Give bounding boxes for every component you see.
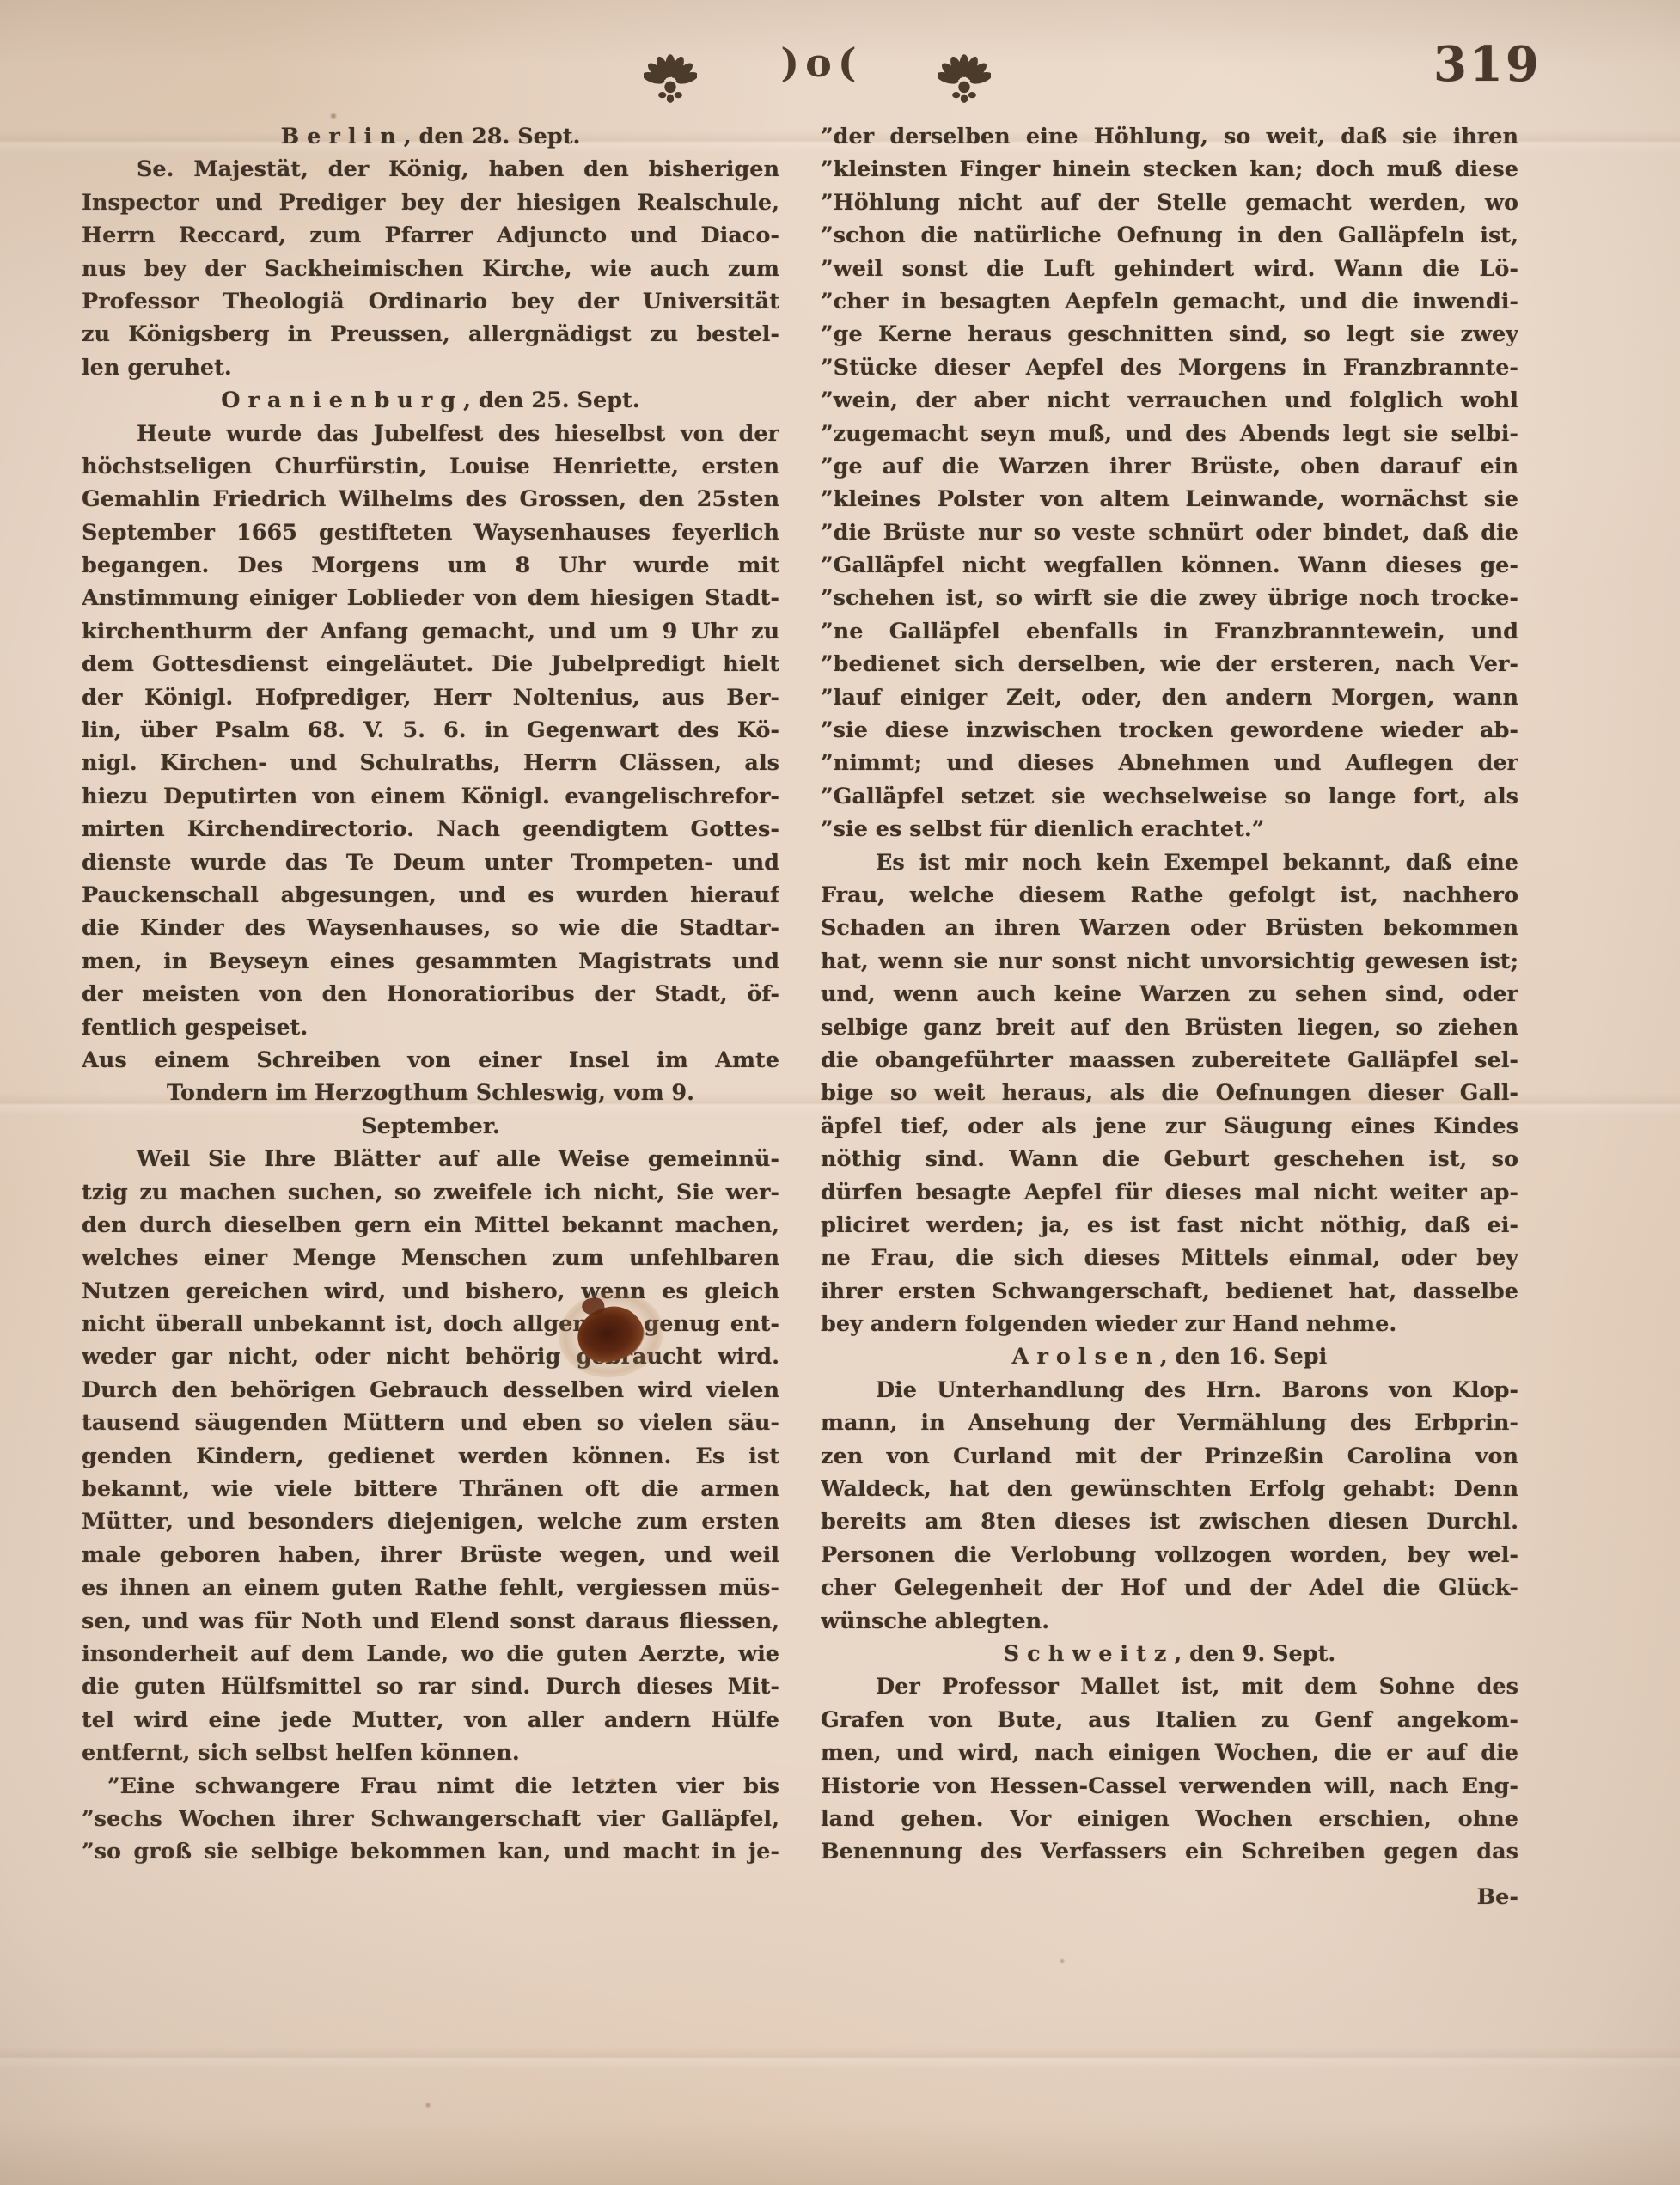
text-line: Heute wurde das Jubelfest des hieselbst … xyxy=(82,418,779,450)
paper-crease xyxy=(0,2047,1680,2069)
text-line: dem Gottesdienst eingeläutet. Die Jubelp… xyxy=(82,648,779,681)
text-line: tausend säugenden Müttern und eben so vi… xyxy=(82,1407,779,1439)
dateline-place: Oranienburg xyxy=(221,388,463,413)
text-line: bey andern folgenden wieder zur Hand neh… xyxy=(821,1308,1518,1340)
paper-speck xyxy=(425,2102,431,2109)
dateline-place: Berlin xyxy=(281,124,404,150)
text-line: Professor Theologiä Ordinario bey der Un… xyxy=(82,285,779,318)
text-line: ”die Brüste nur so veste schnürt oder bi… xyxy=(821,516,1518,549)
text-line: der Königl. Hofprediger, Herr Noltenius,… xyxy=(82,681,779,714)
text-line: dürfen besagte Aepfel für dieses mal nic… xyxy=(821,1176,1518,1209)
text-line: ”ge auf die Warzen ihrer Brüste, oben da… xyxy=(821,450,1518,483)
text-line: Schaden an ihren Warzen oder Brüsten bek… xyxy=(821,912,1518,944)
text-line: ”sie es selbst für dienlich erachtet.” xyxy=(821,813,1518,845)
text-line: ”lauf einiger Zeit, oder, den andern Mor… xyxy=(821,681,1518,714)
text-line: men, und wird, nach einigen Wochen, die … xyxy=(821,1736,1518,1769)
text-line: men, in Beyseyn eines gesammten Magistra… xyxy=(82,945,779,978)
newspaper-page: )o( 319 Berlin, den 28. Sept.Se. Majestä… xyxy=(0,0,1680,2185)
paper-speck xyxy=(1059,1958,1066,1964)
dateline-heading: Oranienburg, den 25. Sept. xyxy=(82,384,779,417)
subheading-line: Tondern im Herzogthum Schleswig, vom 9. xyxy=(82,1077,779,1109)
text-line: Durch den behörigen Gebrauch desselben w… xyxy=(82,1374,779,1407)
text-line: ”wein, der aber nicht verrauchen und fol… xyxy=(821,384,1518,417)
text-line: genden Kindern, gedienet werden können. … xyxy=(82,1440,779,1473)
text-line: Mütter, und besonders diejenigen, welche… xyxy=(82,1505,779,1538)
text-line: ”sechs Wochen ihrer Schwangerschaft vier… xyxy=(82,1803,779,1835)
text-line: ”nimmt; und dieses Abnehmen und Auflegen… xyxy=(821,747,1518,779)
text-line: male geboren haben, ihrer Brüste wegen, … xyxy=(82,1539,779,1572)
text-line: und, wenn auch keine Warzen zu sehen sin… xyxy=(821,978,1518,1010)
text-line: äpfel tief, oder als jene zur Säugung ei… xyxy=(821,1110,1518,1143)
text-line: Se. Majestät, der König, haben den bishe… xyxy=(82,153,779,186)
text-line: begangen. Des Morgens um 8 Uhr wurde mit xyxy=(82,549,779,582)
article-columns: Berlin, den 28. Sept.Se. Majestät, der K… xyxy=(82,120,1518,1913)
catchword: Be- xyxy=(821,1881,1518,1913)
text-line: weder gar nicht, oder nicht behörig gebr… xyxy=(82,1340,779,1373)
text-line: ”bedienet sich derselben, wie der erster… xyxy=(821,648,1518,681)
text-line: bige so weit heraus, als die Oefnungen d… xyxy=(821,1077,1518,1109)
left-column: Berlin, den 28. Sept.Se. Majestät, der K… xyxy=(82,120,779,1913)
text-line: len geruhet. xyxy=(82,351,779,384)
text-line: selbige ganz breit auf den Brüsten liege… xyxy=(821,1011,1518,1044)
text-line: Frau, welche diesem Rathe gefolgt ist, n… xyxy=(821,879,1518,912)
text-line: ”Galläpfel setzet sie wechselweise so la… xyxy=(821,780,1518,813)
text-line: ”ge Kerne heraus geschnitten sind, so le… xyxy=(821,318,1518,351)
text-line: lin, über Psalm 68. V. 5. 6. in Gegenwar… xyxy=(82,714,779,747)
paper-speck xyxy=(329,113,338,119)
text-line: entfernt, sich selbst helfen können. xyxy=(82,1736,779,1769)
text-line: der meisten von den Honoratioribus der S… xyxy=(82,978,779,1010)
text-line: ”sie diese inzwischen trocken gewordene … xyxy=(821,714,1518,747)
text-line: nicht überall unbekannt ist, doch allgem… xyxy=(82,1308,779,1340)
text-line: höchstseligen Churfürstin, Louise Henrie… xyxy=(82,450,779,483)
text-line: mirten Kirchendirectorio. Nach geendigte… xyxy=(82,813,779,845)
text-line: kirchenthurm der Anfang gemacht, und um … xyxy=(82,615,779,648)
dateline-place: Arolsen xyxy=(1012,1344,1160,1370)
text-line: wünsche ablegten. xyxy=(821,1605,1518,1638)
text-line: es ihnen an einem guten Rathe fehlt, ver… xyxy=(82,1572,779,1604)
dateline-heading: Arolsen, den 16. Sepi xyxy=(821,1340,1518,1373)
text-line: welches einer Menge Menschen zum unfehlb… xyxy=(82,1242,779,1274)
text-line: Personen die Verlobung vollzogen worden,… xyxy=(821,1539,1518,1572)
text-line: ”zugemacht seyn muß, und des Abends legt… xyxy=(821,418,1518,450)
dateline-place: Schweitz xyxy=(1004,1641,1175,1667)
text-line: sen, und was für Noth und Elend sonst da… xyxy=(82,1605,779,1638)
text-line: insonderheit auf dem Lande, wo die guten… xyxy=(82,1638,779,1670)
text-line: nus bey der Sackheimischen Kirche, wie a… xyxy=(82,253,779,285)
text-line: ”der derselben eine Höhlung, so weit, da… xyxy=(821,120,1518,153)
subheading-line: September. xyxy=(82,1110,779,1143)
text-line: September 1665 gestifteten Waysenhauses … xyxy=(82,516,779,549)
text-line: Weil Sie Ihre Blätter auf alle Weise gem… xyxy=(82,1143,779,1175)
text-line: ne Frau, die sich dieses Mittels einmal,… xyxy=(821,1242,1518,1274)
text-line: cher Gelegenheit der Hof und der Adel di… xyxy=(821,1572,1518,1604)
text-line: ”Stücke dieser Aepfel des Morgens in Fra… xyxy=(821,351,1518,384)
text-line: tzig zu machen suchen, so zweifele ich n… xyxy=(82,1176,779,1209)
text-line: ”ne Galläpfel ebenfalls in Franzbranntew… xyxy=(821,615,1518,648)
text-line: ihrer ersten Schwangerschaft, bedienet h… xyxy=(821,1275,1518,1308)
text-line: zen von Curland mit der Prinzeßin Caroli… xyxy=(821,1440,1518,1473)
text-line: Grafen von Bute, aus Italien zu Genf ang… xyxy=(821,1704,1518,1736)
text-line: Inspector und Prediger bey der hiesigen … xyxy=(82,186,779,219)
text-line: Gemahlin Friedrich Wilhelms des Grossen,… xyxy=(82,483,779,516)
divider-mark: )o( xyxy=(763,40,880,86)
text-line: bekannt, wie viele bittere Thränen oft d… xyxy=(82,1473,779,1505)
text-line: tel wird eine jede Mutter, von aller and… xyxy=(82,1704,779,1736)
text-line: ”kleinsten Finger hinein stecken kan; do… xyxy=(821,153,1518,186)
text-line: die obangeführter maassen zubereitete Ga… xyxy=(821,1044,1518,1077)
text-line: Es ist mir noch kein Exempel bekannt, da… xyxy=(821,846,1518,879)
dateline-heading: Schweitz, den 9. Sept. xyxy=(821,1638,1518,1670)
text-line: die guten Hülfsmittel so rar sind. Durch… xyxy=(82,1670,779,1703)
text-line: hiezu Deputirten von einem Königl. evang… xyxy=(82,780,779,813)
text-line: hat, wenn sie nur sonst nicht unvorsicht… xyxy=(821,945,1518,978)
text-line: bereits am 8ten dieses ist zwischen dies… xyxy=(821,1505,1518,1538)
text-line: Anstimmung einiger Loblieder von dem hie… xyxy=(82,582,779,614)
text-line: den durch dieselben gern ein Mittel beka… xyxy=(82,1209,779,1242)
text-line: dienste wurde das Te Deum unter Trompete… xyxy=(82,846,779,879)
text-line: Aus einem Schreiben von einer Insel im A… xyxy=(82,1044,779,1077)
right-column: ”der derselben eine Höhlung, so weit, da… xyxy=(821,120,1518,1913)
dateline-heading: Berlin, den 28. Sept. xyxy=(82,120,779,153)
text-line: nigl. Kirchen- und Schulraths, Herrn Clä… xyxy=(82,747,779,779)
ink-stain xyxy=(574,1303,648,1366)
text-line: die Kinder des Waysenhauses, so wie die … xyxy=(82,912,779,944)
text-line: ”Galläpfel nicht wegfallen können. Wann … xyxy=(821,549,1518,582)
text-line: pliciret werden; ja, es ist fast nicht n… xyxy=(821,1209,1518,1242)
text-line: Waldeck, hat den gewünschten Erfolg geha… xyxy=(821,1473,1518,1505)
text-line: fentlich gespeiset. xyxy=(82,1011,779,1044)
text-line: ”schehen ist, so wirft sie die zwey übri… xyxy=(821,582,1518,614)
text-line: Benennung des Verfassers ein Schreiben g… xyxy=(821,1835,1518,1868)
text-line: ”so groß sie selbige bekommen kan, und m… xyxy=(82,1835,779,1868)
text-line: Die Unterhandlung des Hrn. Barons von Kl… xyxy=(821,1374,1518,1407)
text-line: Herrn Reccard, zum Pfarrer Adjuncto und … xyxy=(82,219,779,252)
text-line: mann, in Ansehung der Vermählung des Erb… xyxy=(821,1407,1518,1439)
text-line: ”kleines Polster von altem Leinwande, wo… xyxy=(821,483,1518,516)
text-line: Pauckenschall abgesungen, und es wurden … xyxy=(82,879,779,912)
shell-ornament-icon xyxy=(938,48,991,105)
text-line: zu Königsberg in Preussen, allergnädigst… xyxy=(82,318,779,351)
text-line: ”Eine schwangere Frau nimt die letzten v… xyxy=(82,1770,779,1803)
text-line: nöthig sind. Wann die Geburt geschehen i… xyxy=(821,1143,1518,1175)
text-line: ”weil sonst die Luft gehindert wird. Wan… xyxy=(821,253,1518,285)
text-line: ”Höhlung nicht auf der Stelle gemacht we… xyxy=(821,186,1518,219)
text-line: ”schon die natürliche Oefnung in den Gal… xyxy=(821,219,1518,252)
text-line: ”cher in besagten Aepfeln gemacht, und d… xyxy=(821,285,1518,318)
page-number: 319 xyxy=(1433,36,1542,93)
text-line: Nutzen gereichen wird, und bishero, wenn… xyxy=(82,1275,779,1308)
text-line: Der Professor Mallet ist, mit dem Sohne … xyxy=(821,1670,1518,1703)
text-line: land gehen. Vor einigen Wochen erschien,… xyxy=(821,1803,1518,1835)
text-line: Historie von Hessen-Cassel verwenden wil… xyxy=(821,1770,1518,1803)
shell-ornament-icon xyxy=(644,48,697,105)
